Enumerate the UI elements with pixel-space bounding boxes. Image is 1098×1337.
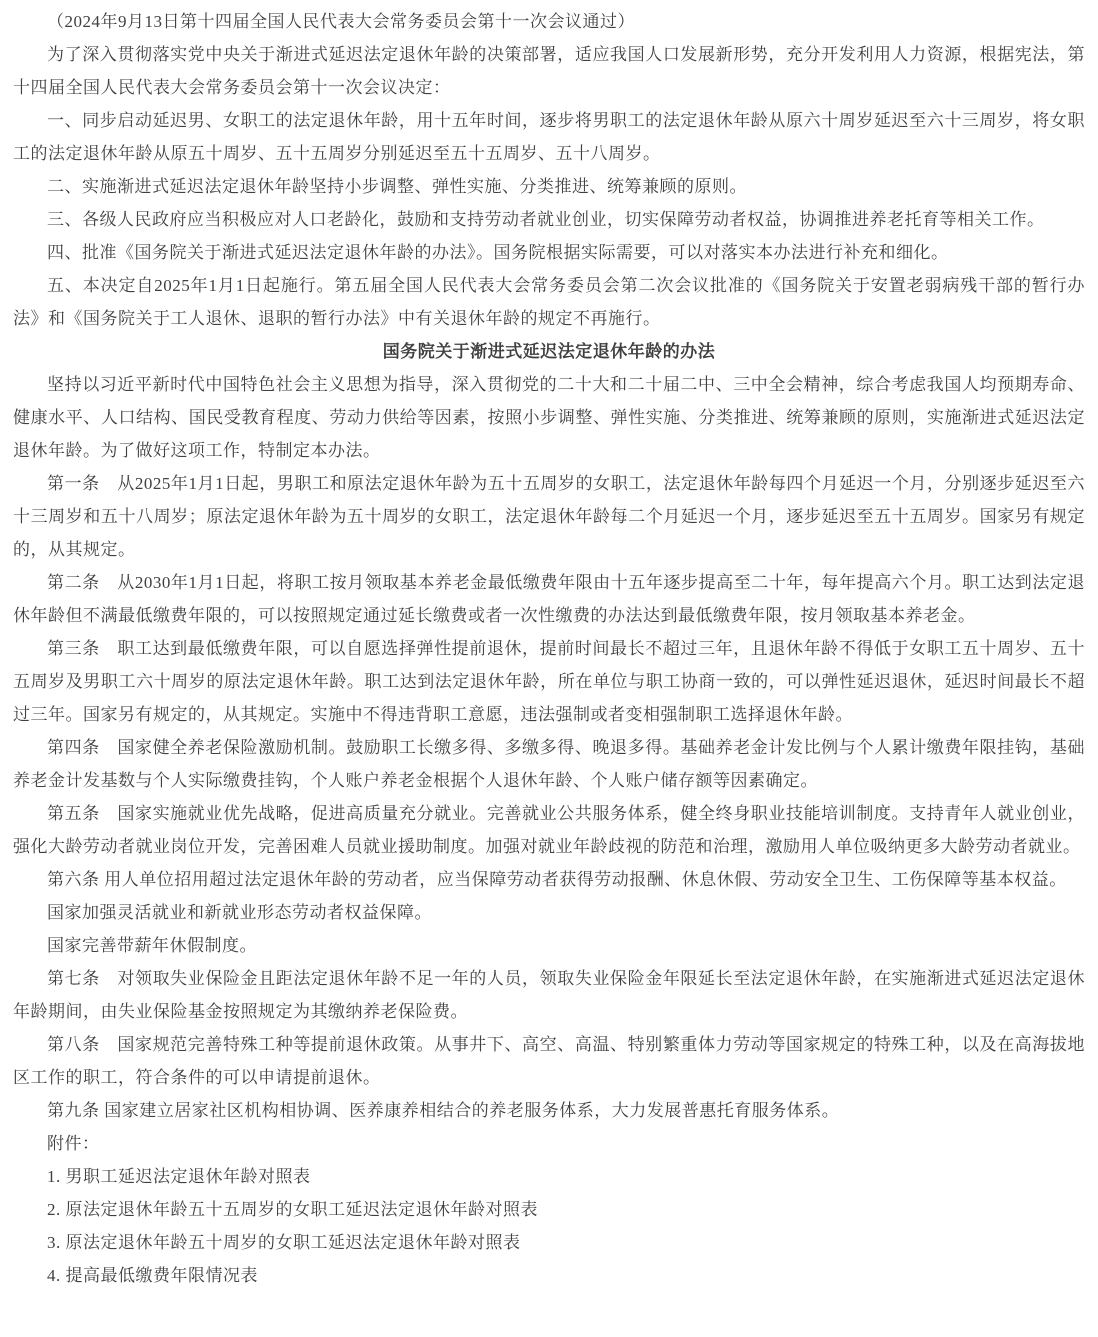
measures-title: 国务院关于渐进式延迟法定退休年龄的办法: [13, 335, 1085, 368]
attachment-item-1: 1. 男职工延迟法定退休年龄对照表: [13, 1160, 1085, 1193]
decision-item-3: 三、各级人民政府应当积极应对人口老龄化，鼓励和支持劳动者就业创业，切实保障劳动者…: [13, 203, 1085, 236]
decision-item-1: 一、同步启动延迟男、女职工的法定退休年龄，用十五年时间，逐步将男职工的法定退休年…: [13, 104, 1085, 170]
article-8: 第八条 国家规范完善特殊工种等提前退休政策。从事井下、高空、高温、特别繁重体力劳…: [13, 1028, 1085, 1094]
article-6-para-3: 国家完善带薪年休假制度。: [13, 929, 1085, 962]
decision-intro: 为了深入贯彻落实党中央关于渐进式延迟法定退休年龄的决策部署，适应我国人口发展新形…: [13, 38, 1085, 104]
measures-preamble: 坚持以习近平新时代中国特色社会主义思想为指导，深入贯彻党的二十大和二十届二中、三…: [13, 368, 1085, 467]
article-9: 第九条 国家建立居家社区机构相协调、医养康养相结合的养老服务体系，大力发展普惠托…: [13, 1094, 1085, 1127]
attachment-item-3: 3. 原法定退休年龄五十周岁的女职工延迟法定退休年龄对照表: [13, 1226, 1085, 1259]
document-page: （2024年9月13日第十四届全国人民代表大会常务委员会第十一次会议通过） 为了…: [0, 0, 1098, 1337]
passed-date-line: （2024年9月13日第十四届全国人民代表大会常务委员会第十一次会议通过）: [13, 5, 1085, 38]
attachment-item-4: 4. 提高最低缴费年限情况表: [13, 1259, 1085, 1292]
article-5: 第五条 国家实施就业优先战略，促进高质量充分就业。完善就业公共服务体系，健全终身…: [13, 797, 1085, 863]
attachment-item-2: 2. 原法定退休年龄五十五周岁的女职工延迟法定退休年龄对照表: [13, 1193, 1085, 1226]
article-2: 第二条 从2030年1月1日起，将职工按月领取基本养老金最低缴费年限由十五年逐步…: [13, 566, 1085, 632]
article-4: 第四条 国家健全养老保险激励机制。鼓励职工长缴多得、多缴多得、晚退多得。基础养老…: [13, 731, 1085, 797]
article-3: 第三条 职工达到最低缴费年限，可以自愿选择弹性提前退休，提前时间最长不超过三年，…: [13, 632, 1085, 731]
article-1: 第一条 从2025年1月1日起，男职工和原法定退休年龄为五十五周岁的女职工，法定…: [13, 467, 1085, 566]
article-6: 第六条 用人单位招用超过法定退休年龄的劳动者，应当保障劳动者获得劳动报酬、休息休…: [13, 863, 1085, 896]
article-6-para-2: 国家加强灵活就业和新就业形态劳动者权益保障。: [13, 896, 1085, 929]
decision-item-2: 二、实施渐进式延迟法定退休年龄坚持小步调整、弹性实施、分类推进、统筹兼顾的原则。: [13, 170, 1085, 203]
attachments-label: 附件：: [13, 1127, 1085, 1160]
article-7: 第七条 对领取失业保险金且距法定退休年龄不足一年的人员，领取失业保险金年限延长至…: [13, 962, 1085, 1028]
decision-item-4: 四、批准《国务院关于渐进式延迟法定退休年龄的办法》。国务院根据实际需要，可以对落…: [13, 236, 1085, 269]
decision-item-5: 五、本决定自2025年1月1日起施行。第五届全国人民代表大会常务委员会第二次会议…: [13, 269, 1085, 335]
